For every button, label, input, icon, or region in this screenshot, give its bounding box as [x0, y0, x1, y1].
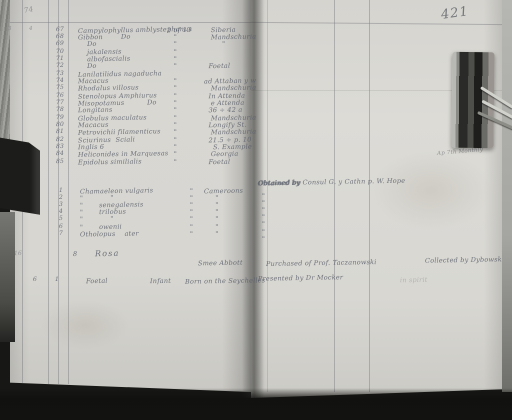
faint-pencil-note: in spirit [400, 276, 428, 284]
collector-note: Collected by Dybowski [425, 255, 504, 264]
bottom-entry-note: Born on the Seychelles [185, 276, 265, 285]
bottom-entry-stage: Infant [150, 277, 171, 285]
book-page-edges-right [502, 0, 512, 392]
bottom-entry-name: Foetal [86, 277, 108, 285]
column-rule [334, 0, 335, 392]
margin-mark: 3 [8, 26, 12, 32]
column-rule [267, 0, 268, 392]
blotted-word: Obtained by [258, 179, 300, 188]
book-strap-right [451, 52, 494, 148]
bottom-entry-number: 1 [55, 276, 59, 283]
header-rule-left [10, 22, 251, 23]
ledger-photograph: 67 Campylophyllus amblystephanus 2 of 13… [0, 0, 512, 420]
book-edge-left [0, 212, 15, 342]
station-note: Smee Abbott [198, 259, 243, 268]
margin-mark: 4 [29, 26, 33, 32]
column-rule [369, 0, 370, 392]
section3-entry-number: 8 [73, 250, 77, 258]
bottom-margin-mark: 6 [33, 276, 37, 283]
column-rule [58, 0, 59, 384]
book-gutter-shadow [242, 0, 264, 398]
column-rule [48, 0, 49, 384]
table-shadow [0, 388, 512, 420]
section3-margin-mark: 16 [14, 250, 22, 257]
book-strap-left [0, 136, 40, 218]
left-page [10, 0, 251, 392]
header-rule-right [251, 22, 504, 25]
presentation-note: Presented by Dr Mocker [258, 273, 343, 282]
paper-stain [40, 300, 130, 350]
column-rule [68, 0, 69, 384]
section3-title: Rosa [95, 249, 120, 258]
paper-stain [371, 150, 491, 230]
